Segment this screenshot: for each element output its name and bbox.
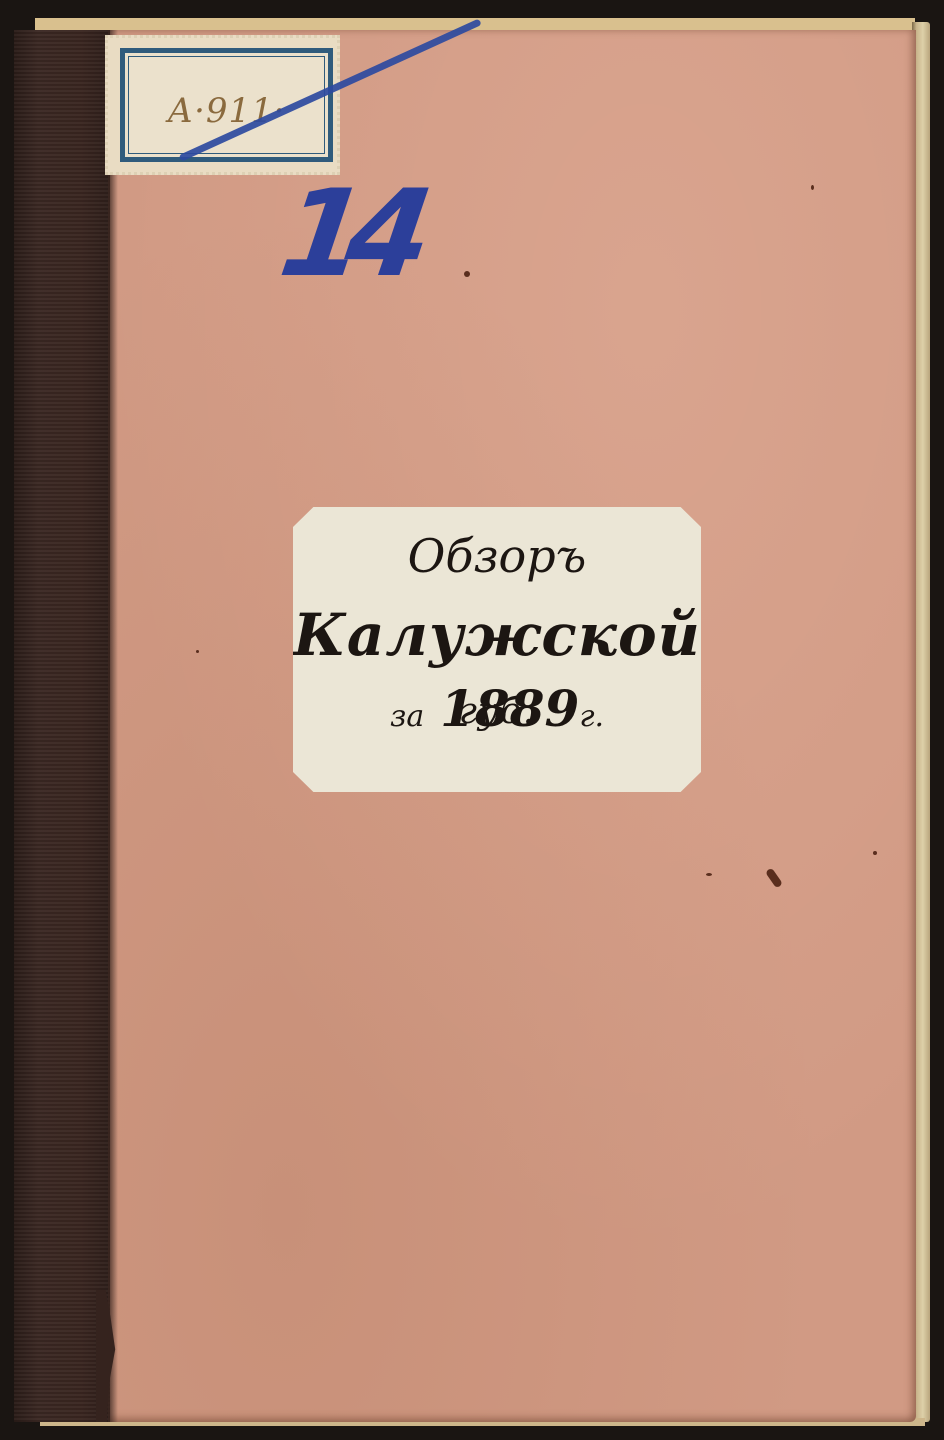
stain-speck: [873, 851, 877, 855]
title-year-prefix: за: [390, 699, 424, 734]
stain-speck: [464, 271, 470, 277]
stain-speck: [706, 873, 712, 876]
stain-speck: [811, 185, 814, 190]
title-year-suffix: г.: [579, 699, 604, 734]
title-year: 1889: [440, 679, 579, 738]
title-line-1: Обзоръ: [293, 529, 701, 583]
cloth-spine: [14, 30, 110, 1422]
title-label: Обзоръ Калужской губ. за 1889г.: [293, 507, 701, 792]
title-province: Калужской: [293, 601, 701, 669]
catalog-number: А·911·: [125, 91, 328, 131]
stain-speck: [196, 650, 199, 653]
title-line-3: за 1889г.: [293, 679, 701, 738]
